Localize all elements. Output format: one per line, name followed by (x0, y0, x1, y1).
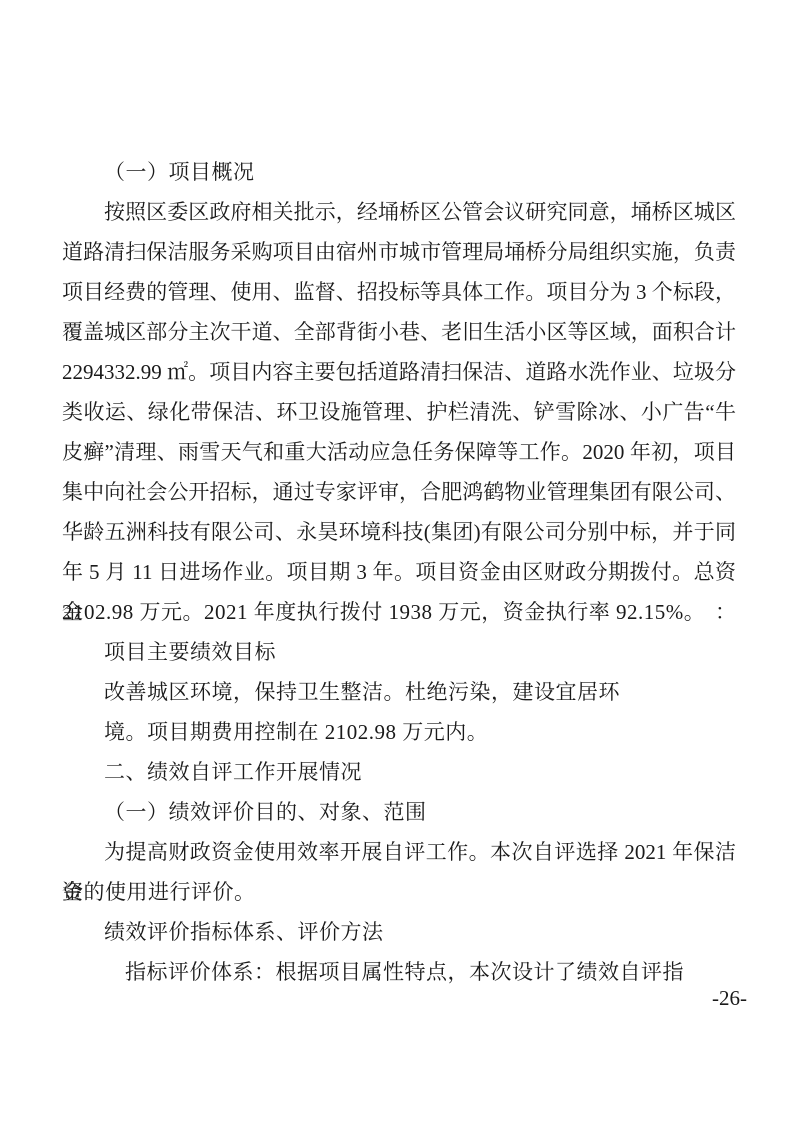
heading-indicator-method: 绩效评价指标体系、评价方法 (62, 912, 736, 952)
para-indicator-line-1: 指标评价体系：根据项目属性特点，本次设计了绩效自评指 (62, 952, 736, 992)
para-overview-line-10: 年 5 月 11 日进场作业。项目期 3 年。项目资金由区财政分期拨付。总资金： (62, 552, 736, 592)
para-purpose-line-2: 金的使用进行评价。 (62, 872, 736, 912)
para-goal-line-2: 境。项目期费用控制在 2102.98 万元内。 (62, 712, 736, 752)
para-overview-line-7: 皮癣”清理、雨雪天气和重大活动应急任务保障等工作。2020 年初，项目 (62, 432, 736, 472)
para-overview-line-2: 道路清扫保洁服务采购项目由宿州市城市管理局埇桥分局组织实施，负责 (62, 232, 736, 272)
para-overview-line-11: 2102.98 万元。2021 年度执行拨付 1938 万元，资金执行率 92.… (62, 592, 736, 632)
document-page: （一）项目概况 按照区委区政府相关批示，经埇桥区公管会议研究同意，埇桥区城区 道… (0, 0, 793, 1122)
para-overview-line-8: 集中向社会公开招标，通过专家评审，合肥鸿鹤物业管理集团有限公司、 (62, 472, 736, 512)
para-overview-line-9: 华龄五洲科技有限公司、永昊环境科技(集团)有限公司分别中标，并于同 (62, 512, 736, 552)
page-number: -26- (712, 984, 747, 1012)
document-body: （一）项目概况 按照区委区政府相关批示，经埇桥区公管会议研究同意，埇桥区城区 道… (62, 152, 736, 992)
para-goal-line-1: 改善城区环境，保持卫生整洁。杜绝污染，建设宜居环 (62, 672, 736, 712)
heading-performance-goal: 项目主要绩效目标 (62, 632, 736, 672)
heading-section-2-1: （一）绩效评价目的、对象、范围 (62, 792, 736, 832)
para-overview-line-3: 项目经费的管理、使用、监督、招投标等具体工作。项目分为 3 个标段， (62, 272, 736, 312)
heading-section-2: 二、绩效自评工作开展情况 (62, 752, 736, 792)
para-purpose-line-1: 为提高财政资金使用效率开展自评工作。本次自评选择 2021 年保洁资 (62, 832, 736, 872)
para-overview-line-6: 类收运、绿化带保洁、环卫设施管理、护栏清洗、铲雪除冰、小广告“牛 (62, 392, 736, 432)
heading-section-1-1: （一）项目概况 (62, 152, 736, 192)
para-overview-line-4: 覆盖城区部分主次干道、全部背街小巷、老旧生活小区等区域，面积合计 (62, 312, 736, 352)
para-overview-line-1: 按照区委区政府相关批示，经埇桥区公管会议研究同意，埇桥区城区 (62, 192, 736, 232)
para-overview-line-5: 2294332.99 ㎡。项目内容主要包括道路清扫保洁、道路水洗作业、垃圾分 (62, 352, 736, 392)
